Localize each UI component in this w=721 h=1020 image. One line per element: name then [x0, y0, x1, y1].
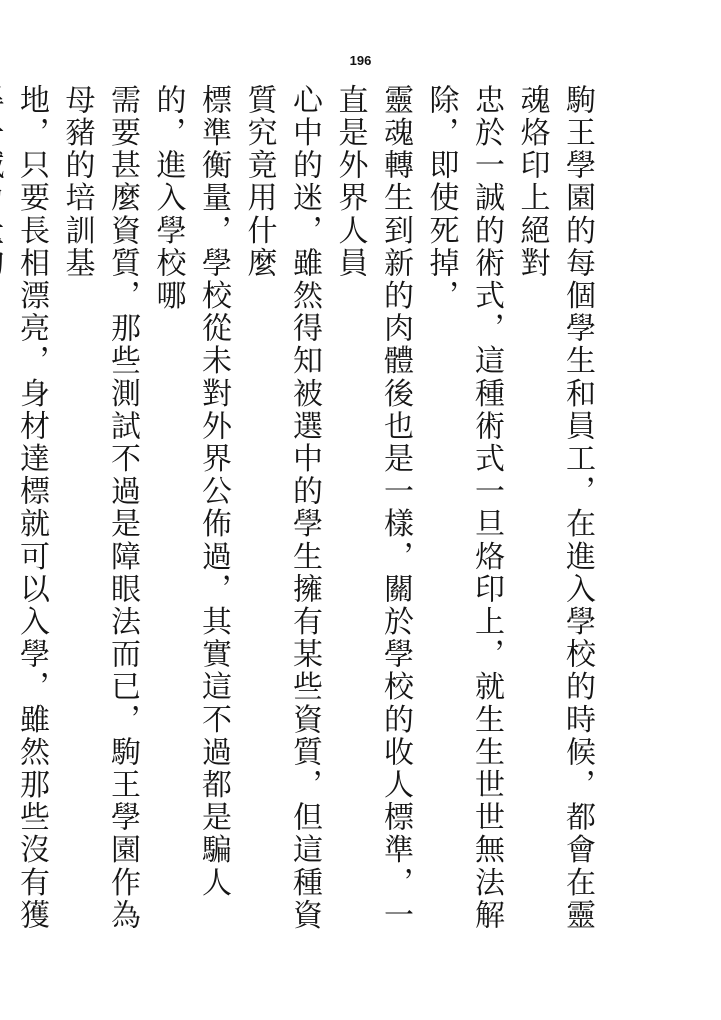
- text-column-5: 標準衡量，學校從未對外界公佈過，其實這不過都是騙人的，進入學校哪: [145, 84, 236, 944]
- text-column-4: 心中的迷，雖然得知被選中的學生擁有某些資質，但這種資質究竟用什麼: [236, 84, 327, 944]
- text-column-2: 忠於一誠的術式，這種術式一旦烙印上，就生生世世無法解除，即使死掉，: [418, 84, 509, 944]
- text-column-7: 地，只要長相漂亮，身材達標就可以入學，雖然那些沒有獲得一誠力量的: [0, 84, 54, 944]
- page-number: 196: [0, 53, 721, 68]
- text-column-1: 駒王學園的每個學生和員工，在進入學校的時候，都會在靈魂烙印上絕對: [509, 84, 600, 944]
- text-column-3: 靈魂轉生到新的肉體後也是一樣，關於學校的收人標準，一直是外界人員: [327, 84, 418, 944]
- vertical-text-body: 駒王學園的每個學生和員工，在進入學校的時候，都會在靈魂烙印上絕對 忠於一誠的術式…: [0, 84, 600, 944]
- text-column-6: 需要甚麼資質，那些測試不過是障眼法而已，駒王學園作為母豬的培訓基: [54, 84, 145, 944]
